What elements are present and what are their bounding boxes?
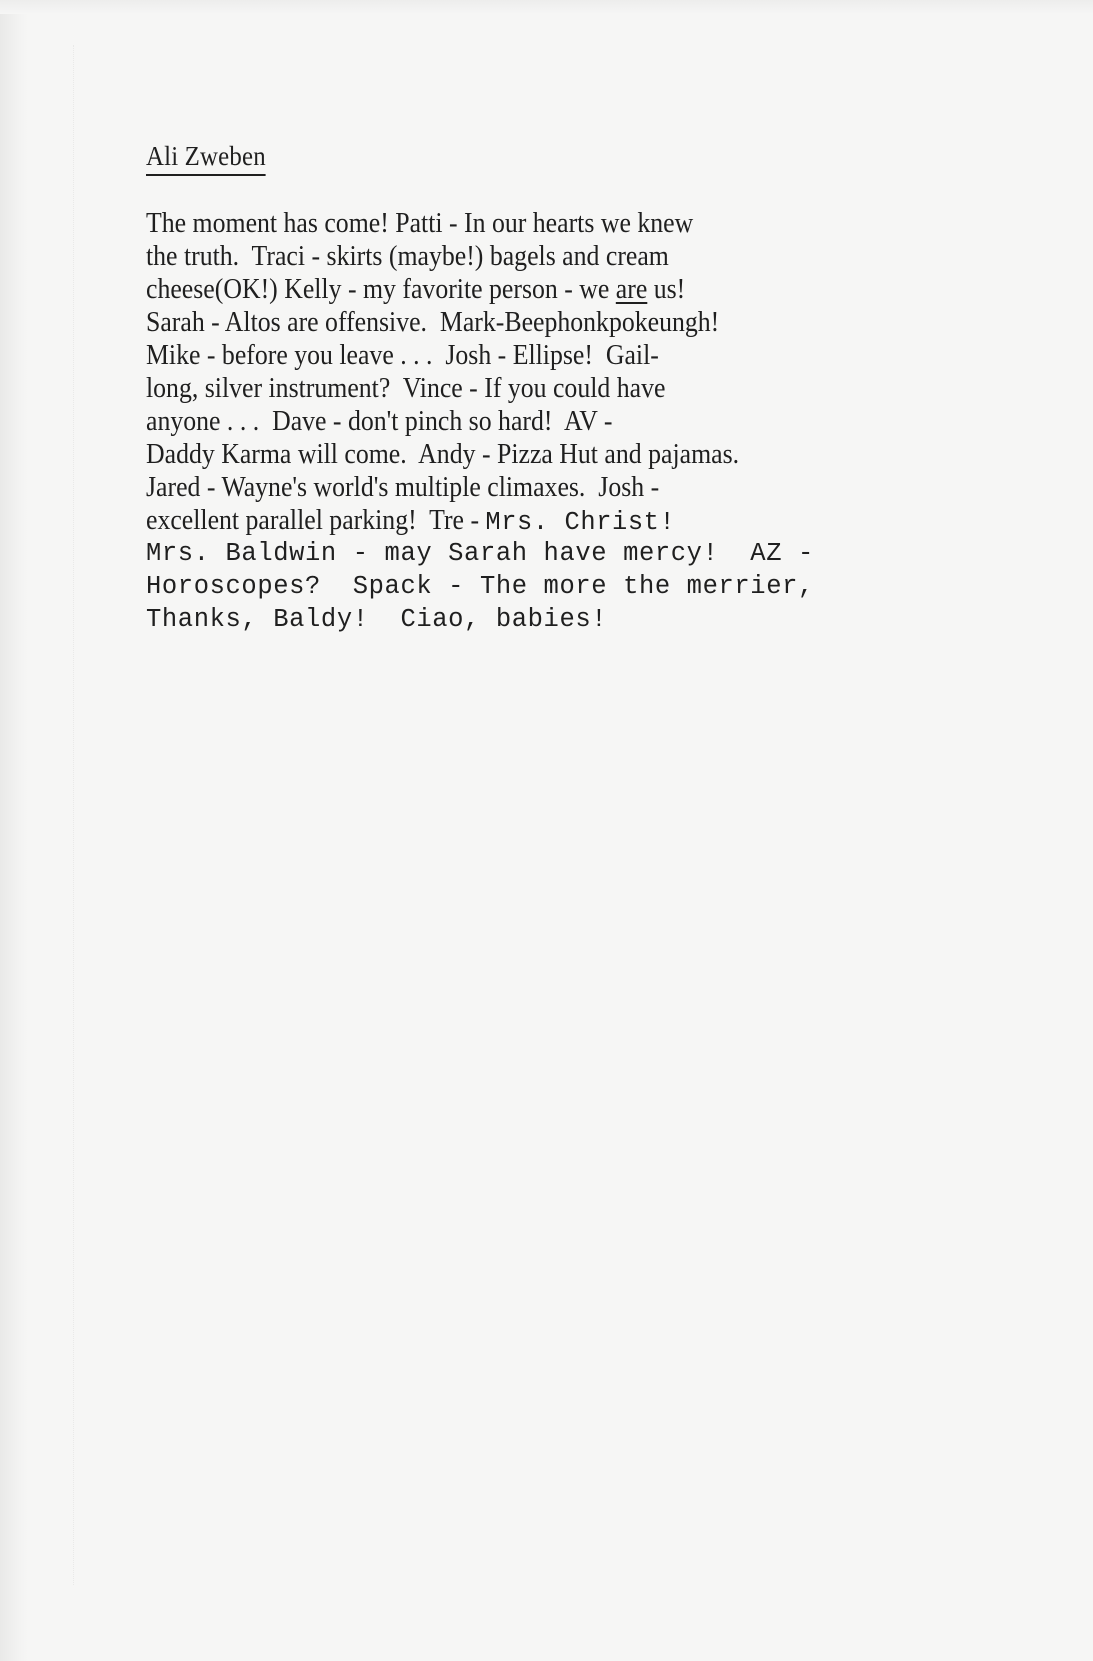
- text-span: excellent parallel parking! Tre -: [146, 505, 485, 536]
- text-line: Sarah - Altos are offensive. Mark-Beepho…: [146, 306, 961, 339]
- text-line: The moment has come! Patti - In our hear…: [146, 207, 961, 240]
- text-line: Horoscopes? Spack - The more the merrier…: [146, 570, 1046, 603]
- text-line: long, silver instrument? Vince - If you …: [146, 372, 961, 405]
- message-body: The moment has come! Patti - In our hear…: [146, 207, 1046, 636]
- text-line: Mike - before you leave . . . Josh - Ell…: [146, 339, 961, 372]
- text-line: excellent parallel parking! Tre - Mrs. C…: [146, 504, 961, 537]
- page-edge-shadow: [0, 0, 28, 1661]
- text-line: anyone . . . Dave - don't pinch so hard!…: [146, 405, 961, 438]
- text-line: Daddy Karma will come. Andy - Pizza Hut …: [146, 438, 961, 471]
- author-heading: Ali Zweben: [146, 140, 266, 176]
- text-line: Thanks, Baldy! Ciao, babies!: [146, 603, 1046, 636]
- underlined-word: are: [616, 274, 647, 305]
- text-span: us!: [647, 274, 685, 305]
- text-line: Mrs. Baldwin - may Sarah have mercy! AZ …: [146, 537, 1046, 570]
- text-line: Jared - Wayne's world's multiple climaxe…: [146, 471, 961, 504]
- text-span: cheese(OK!) Kelly - my favorite person -…: [146, 274, 616, 305]
- monospace-text-span: Mrs. Christ!: [485, 506, 675, 539]
- page-top-shadow: [0, 0, 1093, 14]
- text-line: cheese(OK!) Kelly - my favorite person -…: [146, 273, 961, 306]
- text-line: the truth. Traci - skirts (maybe!) bagel…: [146, 240, 961, 273]
